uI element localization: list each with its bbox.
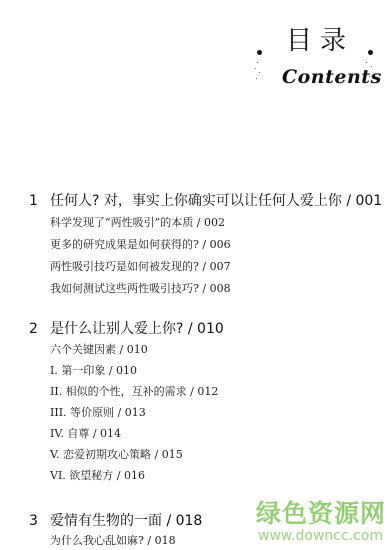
chapter-title: 任何人? 对，事实上你确实可以让任何人爱上你 / 001 (50, 193, 382, 209)
watermark: 绿色资源网 www.downcc.com (256, 500, 386, 544)
chapter-title: 爱情有生物的一面 / 018 (50, 513, 202, 529)
page-title: 目录 (286, 20, 354, 57)
toc-entry[interactable]: 科学发现了“两性吸引”的本质 / 002 (50, 214, 225, 230)
chapter-heading[interactable]: 3爱情有生物的一面 / 018 (29, 510, 202, 530)
decorative-speckle (257, 62, 258, 63)
decorative-speckle (366, 62, 367, 63)
chapter-number: 2 (29, 321, 50, 337)
page-subtitle: Contents (282, 66, 382, 88)
chapter-heading[interactable]: 1任何人? 对，事实上你确实可以让任何人爱上你 / 001 (29, 190, 382, 210)
toc-entry[interactable]: 我如何测试这些两性吸引技巧? / 008 (50, 280, 231, 296)
chapter-number: 3 (29, 513, 50, 529)
toc-entry[interactable]: VI. 欲望秘方 / 016 (50, 467, 145, 483)
toc-entry[interactable]: 为什么我心乱如麻? / 018 (50, 532, 176, 548)
decorative-speckle (259, 72, 260, 73)
toc-entry[interactable]: III. 等价原则 / 013 (50, 404, 146, 420)
decorative-speckle (255, 68, 256, 69)
toc-entry[interactable]: 六个关键因素 / 010 (50, 341, 148, 357)
chapter-heading[interactable]: 2是什么让别人爱上你? / 010 (29, 318, 224, 338)
decorative-dot-right (368, 50, 373, 55)
toc-entry[interactable]: I. 第一印象 / 010 (50, 362, 137, 378)
toc-entry[interactable]: V. 恋爱初期攻心策略 / 015 (50, 446, 183, 462)
toc-entry[interactable]: 两性吸引技巧是如何被发现的? / 007 (50, 258, 231, 274)
toc-entry[interactable]: II. 相似的个性，互补的需求 / 012 (50, 383, 218, 399)
decorative-speckle (256, 78, 257, 79)
chapter-number: 1 (29, 193, 50, 209)
decorative-dot-left (257, 50, 262, 55)
watermark-url: www.downcc.com (258, 528, 386, 544)
chapter-title: 是什么让别人爱上你? / 010 (50, 321, 224, 337)
toc-entry[interactable]: IV. 自尊 / 014 (50, 425, 121, 441)
watermark-name: 绿色资源网 (256, 500, 386, 528)
toc-entry[interactable]: 更多的研究成果是如何获得的? / 006 (50, 236, 231, 252)
